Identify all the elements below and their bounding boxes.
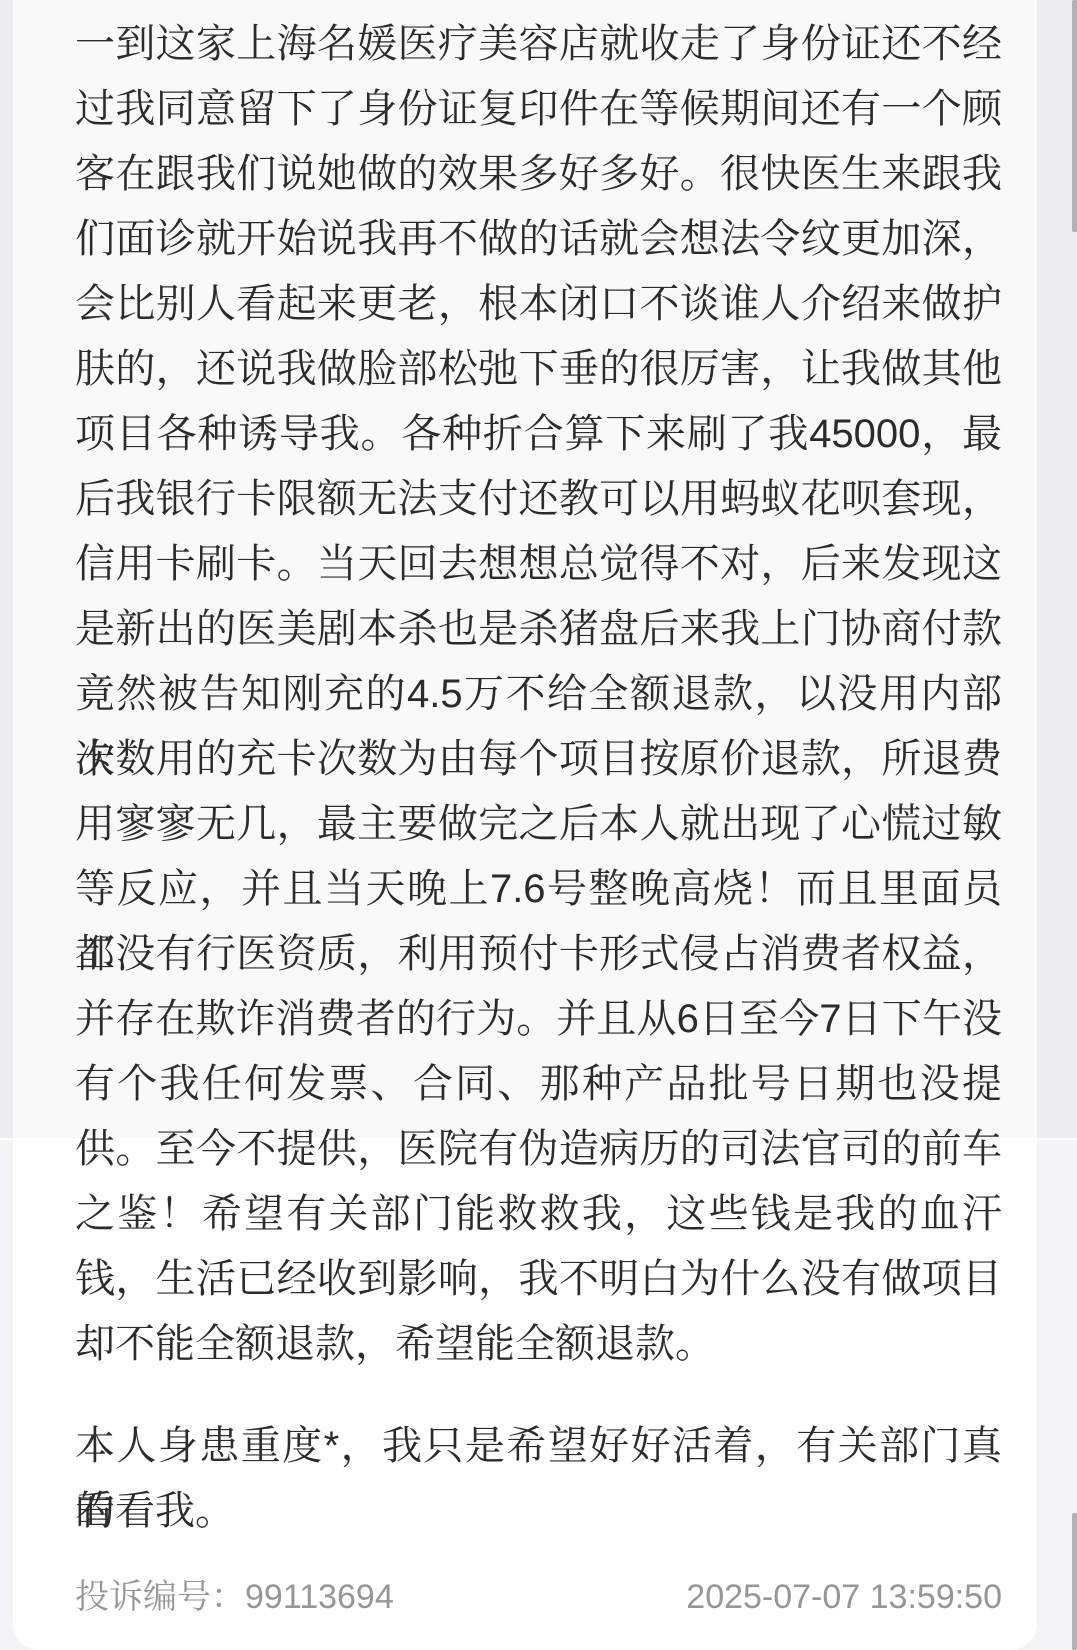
text-line: 钱，生活已经收到影响，我不明白为什么没有做项目 <box>75 1247 1002 1312</box>
complaint-number-label: 投诉编号： <box>75 1578 245 1616</box>
text-line: 后我银行卡限额无法支付还教可以用蚂蚁花呗套现， <box>75 467 1002 532</box>
text-line: 并存在欺诈消费者的行为。并且从6日至今7日下午没 <box>75 987 1002 1052</box>
text-line: 们面诊就开始说我再不做的话就会想法令纹更加深， <box>75 207 1002 272</box>
text-line: 用寥寥无几，最主要做完之后本人就出现了心慌过敏 <box>75 792 1002 857</box>
complaint-page: 一到这家上海名媛医疗美容店就收走了身份证还不经过我同意留下了身份证复印件在等候期… <box>0 0 1077 1650</box>
paragraph: 本人身患重度*，我只是希望好好活着，有关部门真的看看我。 <box>75 1414 1002 1544</box>
text-line: 有个我任何发票、合同、那种产品批号日期也没提 <box>75 1052 1002 1117</box>
text-line: 本人身患重度*，我只是希望好好活着，有关部门真的 <box>75 1414 1002 1479</box>
text-line: 一到这家上海名媛医疗美容店就收走了身份证还不经 <box>75 12 1002 77</box>
text-line: 是新出的医美剧本杀也是杀猪盘后来我上门协商付款 <box>75 597 1002 662</box>
text-line: 之鉴！希望有关部门能救救我，这些钱是我的血汗 <box>75 1182 1002 1247</box>
complaint-timestamp: 2025-07-07 13:59:50 <box>686 1577 1002 1617</box>
text-line: 肤的，还说我做脸部松弛下垂的很厉害，让我做其他 <box>75 337 1002 402</box>
text-line: 信用卡刷卡。当天回去想想总觉得不对，后来发现这 <box>75 532 1002 597</box>
complaint-number-value: 99113694 <box>245 1578 394 1616</box>
complaint-number: 投诉编号：99113694 <box>75 1577 394 1617</box>
text-line: 看看我。 <box>75 1479 1002 1544</box>
text-line: 客在跟我们说她做的效果多好多好。很快医生来跟我 <box>75 142 1002 207</box>
complaint-meta-row: 投诉编号：99113694 2025-07-07 13:59:50 <box>75 1577 1002 1617</box>
complaint-text: 一到这家上海名媛医疗美容店就收走了身份证还不经过我同意留下了身份证复印件在等候期… <box>75 12 1002 1544</box>
paragraph: 一到这家上海名媛医疗美容店就收走了身份证还不经过我同意留下了身份证复印件在等候期… <box>75 12 1002 1377</box>
scrollbar-thumb-bottom[interactable] <box>1072 1513 1077 1650</box>
scrollbar-thumb-top[interactable] <box>1072 0 1077 232</box>
text-line: 供。至今不提供，医院有伪造病历的司法官司的前车 <box>75 1117 1002 1182</box>
text-line: 都没有行医资质，利用预付卡形式侵占消费者权益， <box>75 922 1002 987</box>
text-line: 次数用的充卡次数为由每个项目按原价退款，所退费 <box>75 727 1002 792</box>
text-line: 项目各种诱导我。各种折合算下来刷了我45000，最 <box>75 402 1002 467</box>
text-line: 却不能全额退款，希望能全额退款。 <box>75 1312 1002 1377</box>
text-line: 等反应，并且当天晚上7.6号整晚高烧！而且里面员工 <box>75 857 1002 922</box>
text-line: 会比别人看起来更老，根本闭口不谈谁人介绍来做护 <box>75 272 1002 337</box>
text-line: 过我同意留下了身份证复印件在等候期间还有一个顾 <box>75 77 1002 142</box>
text-line: 竟然被告知刚充的4.5万不给全额退款，以没用内部卡 <box>75 662 1002 727</box>
